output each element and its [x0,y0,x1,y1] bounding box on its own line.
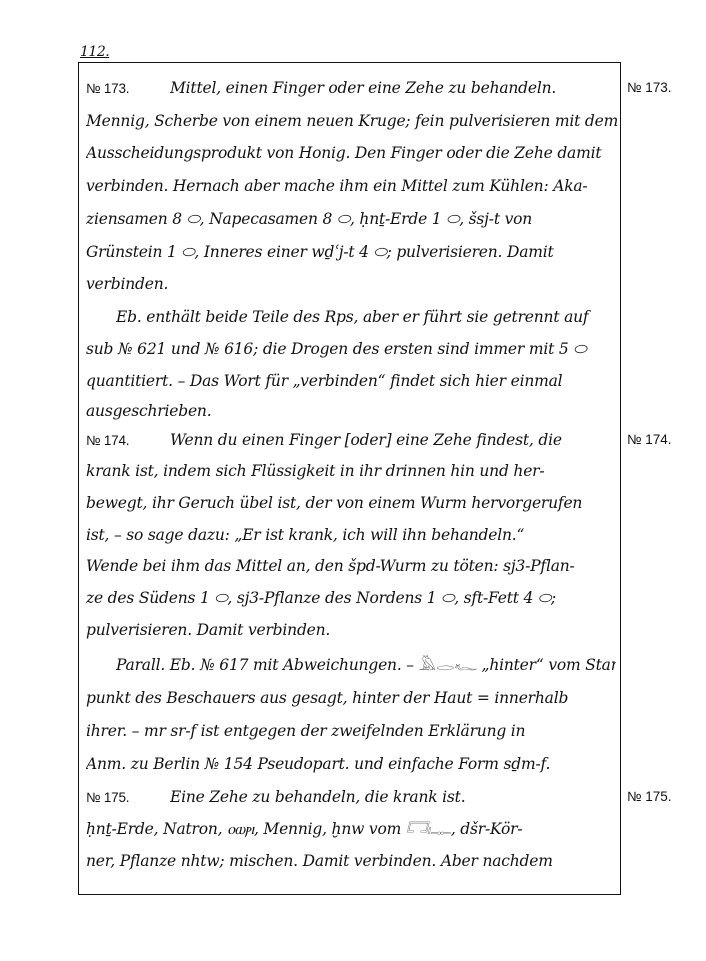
text-line: ziensamen 8 ⬭, Napecasamen 8 ⬭, ḥnṯ-Erde… [86,209,620,229]
text-line: quantitiert. – Das Wort für „verbinden“ … [86,371,620,391]
line-text: verbinden. Hernach aber mache ihm ein Mi… [86,177,587,195]
line-text: ihrer. – mr sr-f ist entgegen der zweife… [86,722,525,740]
line-text: quantitiert. – Das Wort für „verbinden“ … [86,372,562,390]
line-text: ausgeschrieben. [86,402,211,420]
text-line: ḥnṯ-Erde, Natron, ⲟⲱⲣⲓ, Mennig, ḫnw vom … [86,819,620,839]
line-text: Ausscheidungsprodukt von Honig. Den Fing… [86,144,601,162]
line-text: ziensamen 8 ⬭, Napecasamen 8 ⬭, ḥnṯ-Erde… [86,210,532,228]
line-text: Grünstein 1 ⬭, Inneres einer wḏʿj-t 4 ⬭;… [86,243,554,261]
line-text: Mittel, einen Finger oder eine Zehe zu b… [166,79,556,97]
margin-entry-number: № 174. [627,432,672,447]
entry-number: № 173. [86,79,166,99]
text-line: bewegt, ihr Geruch übel ist, der von ein… [86,493,620,513]
text-line: ist, – so sage dazu: „Er ist krank, ich … [86,525,620,545]
text-line: krank ist, indem sich Flüssigkeit in ihr… [86,461,620,481]
text-line: Wende bei ihm das Mittel an, den špd-Wur… [86,556,620,576]
page-number: 112. [80,44,109,60]
text-line: verbinden. [86,274,620,294]
text-line: Anm. zu Berlin № 154 Pseudopart. und ein… [86,754,620,774]
line-text: bewegt, ihr Geruch übel ist, der von ein… [86,494,582,512]
text-line: ausgeschrieben. [86,401,620,421]
line-text: Mennig, Scherbe von einem neuen Kruge; f… [86,112,618,130]
text-line: ner, Pflanze nhtw; mischen. Damit verbin… [86,851,620,871]
text-line: Grünstein 1 ⬭, Inneres einer wḏʿj-t 4 ⬭;… [86,242,620,262]
text-line: sub № 621 und № 616; die Drogen des erst… [86,339,620,359]
margin-entry-number: № 175. [627,789,672,804]
text-line: Mennig, Scherbe von einem neuen Kruge; f… [86,111,620,131]
line-text: krank ist, indem sich Flüssigkeit in ihr… [86,462,544,480]
entry-number: № 174. [86,431,166,451]
line-text: Eb. enthält beide Teile des Rps, aber er… [116,308,588,326]
margin-entry-number: № 173. [627,80,672,95]
line-text: Eine Zehe zu behandeln, die krank ist. [166,788,465,806]
line-text: ze des Südens 1 ⬭, sj3-Pflanze des Norde… [86,589,556,607]
entry-heading-line: № 175.Eine Zehe zu behandeln, die krank … [86,787,620,808]
line-text: Anm. zu Berlin № 154 Pseudopart. und ein… [86,755,550,773]
line-text: verbinden. [86,275,168,293]
text-line: verbinden. Hernach aber mache ihm ein Mi… [86,176,620,196]
line-text: punkt des Beschauers aus gesagt, hinter … [86,689,568,707]
text-line: Parall. Eb. № 617 mit Abweichungen. – 𓅓𓂋… [116,655,616,675]
line-text: Wenn du einen Finger [oder] eine Zehe fi… [166,431,562,449]
entry-number: № 175. [86,788,166,808]
line-text: ner, Pflanze nhtw; mischen. Damit verbin… [86,852,553,870]
line-text: Wende bei ihm das Mittel an, den špd-Wur… [86,557,575,575]
line-text: pulverisieren. Damit verbinden. [86,621,330,639]
text-line: punkt des Beschauers aus gesagt, hinter … [86,688,620,708]
text-line: pulverisieren. Damit verbinden. [86,620,620,640]
line-text: sub № 621 und № 616; die Drogen des erst… [86,340,586,358]
line-text: Parall. Eb. № 617 mit Abweichungen. – 𓅓𓂋… [116,656,616,674]
line-text: ist, – so sage dazu: „Er ist krank, ich … [86,526,524,544]
text-line: ihrer. – mr sr-f ist entgegen der zweife… [86,721,620,741]
line-text: ḥnṯ-Erde, Natron, ⲟⲱⲣⲓ, Mennig, ḫnw vom … [86,820,522,838]
entry-heading-line: № 174.Wenn du einen Finger [oder] eine Z… [86,430,620,451]
entry-heading-line: № 173.Mittel, einen Finger oder eine Zeh… [86,78,620,99]
text-line: Eb. enthält beide Teile des Rps, aber er… [116,307,616,327]
text-line: Ausscheidungsprodukt von Honig. Den Fing… [86,143,620,163]
text-line: ze des Südens 1 ⬭, sj3-Pflanze des Norde… [86,588,620,608]
